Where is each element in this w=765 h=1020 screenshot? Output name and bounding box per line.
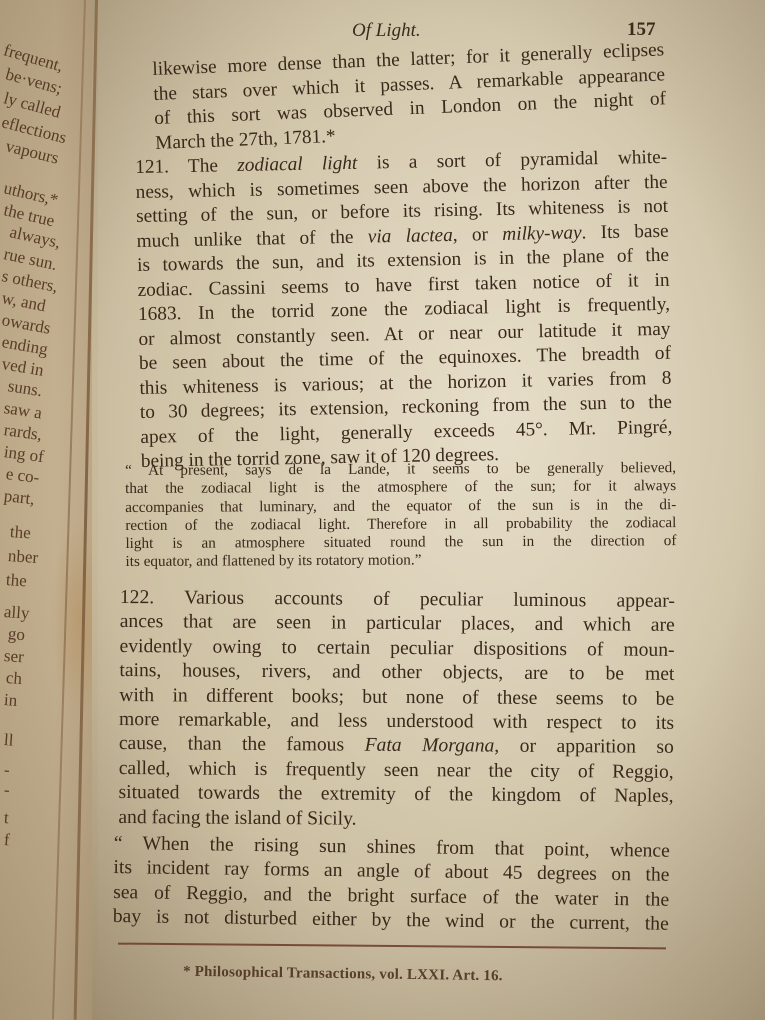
left-page-fragment: nber — [7, 546, 39, 568]
text-line: tains, houses, rivers, and other objects… — [119, 659, 674, 687]
running-head: Of Light. — [352, 20, 421, 42]
left-page-fragment: ally — [3, 602, 30, 624]
left-page-fragment: ch — [5, 668, 22, 689]
text-run: its equator, and flattened by its rotato… — [125, 552, 421, 571]
text-line: and facing the island of Sicily. — [118, 806, 673, 834]
left-page-fragment: in — [3, 690, 18, 711]
text-line: situated towards the extremity of the ki… — [118, 781, 673, 809]
text-line: light is an atmosphere situated round th… — [125, 532, 676, 553]
text-run: cause, than the famous — [119, 733, 365, 756]
continuation-paragraph: likewise more dense than the latter; for… — [152, 38, 667, 156]
text-run: called, which is frequently seen near th… — [119, 758, 674, 783]
text-line: its equator, and flattened by its rotato… — [125, 551, 676, 572]
left-page-fragment: the — [5, 570, 27, 591]
italic-term: via lactea — [368, 224, 453, 247]
text-run: ances that are seen in particular places… — [120, 611, 675, 636]
left-page-fragment: t — [3, 808, 9, 828]
italic-term: milky-way — [502, 222, 582, 245]
text-run: rection of the zodiacal light. Therefore… — [125, 514, 676, 534]
paragraph-121: 121. The zodiacal light is a sort of pyr… — [135, 146, 673, 475]
text-run: accompanies that luminary, and the equat… — [125, 496, 676, 516]
text-run: 122. Various accounts of peculiar lumino… — [120, 587, 675, 612]
text-run: much unlike that of the — [136, 226, 368, 251]
left-page-fragment: ser — [3, 646, 24, 667]
left-page-fragment: - — [3, 780, 10, 800]
text-run: evidently owing to certain peculiar disp… — [120, 636, 675, 661]
text-run: , or apparition so — [494, 736, 674, 758]
text-run: is a sort of pyramidal white- — [357, 147, 667, 174]
text-run: more remarkable, and less understood wit… — [119, 709, 674, 734]
text-run: tains, houses, rivers, and other objects… — [119, 660, 674, 685]
text-run: situated towards the extremity of the ki… — [118, 782, 673, 807]
quote-fata-morgana: “ When the rising sun shines from that p… — [113, 832, 670, 937]
left-page-fragment: - — [3, 760, 10, 780]
left-page-fragment: rards, — [3, 420, 44, 445]
text-run: light is an atmosphere situated round th… — [125, 532, 676, 552]
left-page-fragment: ll — [3, 730, 14, 751]
text-line: cause, than the famous Fata Morgana, or … — [119, 732, 674, 760]
text-run: and facing the island of Sicily. — [118, 807, 356, 830]
text-run: . Its base — [581, 220, 668, 243]
text-run: that the zodiacal light is the atmospher… — [125, 477, 676, 497]
left-page-fragment: part, — [3, 486, 36, 509]
paragraph-122: 122. Various accounts of peculiar lumino… — [118, 586, 675, 834]
text-run: “ At present, says de la Lande, it seems… — [125, 459, 676, 479]
left-page-fragment: f — [3, 830, 10, 850]
text-run: 121. The — [135, 155, 237, 178]
left-page-fragment: suns. — [6, 376, 43, 401]
text-run: , or — [453, 223, 503, 245]
book-photo: frequent,be·vens;ly calledeflectionsvapo… — [0, 0, 765, 1020]
left-page-fragment: the — [9, 522, 31, 543]
left-page-fragment: go — [7, 624, 25, 645]
left-page-fragment: e co- — [5, 464, 41, 488]
text-line: ances that are seen in particular places… — [120, 610, 675, 638]
text-run: with in different books; but none of the… — [119, 685, 674, 710]
quote-de-la-lande: “ At present, says de la Lande, it seems… — [125, 459, 677, 572]
italic-term: Fata Morgana — [365, 735, 495, 757]
page-number: 157 — [627, 19, 656, 41]
italic-term: zodiacal light — [237, 153, 357, 176]
